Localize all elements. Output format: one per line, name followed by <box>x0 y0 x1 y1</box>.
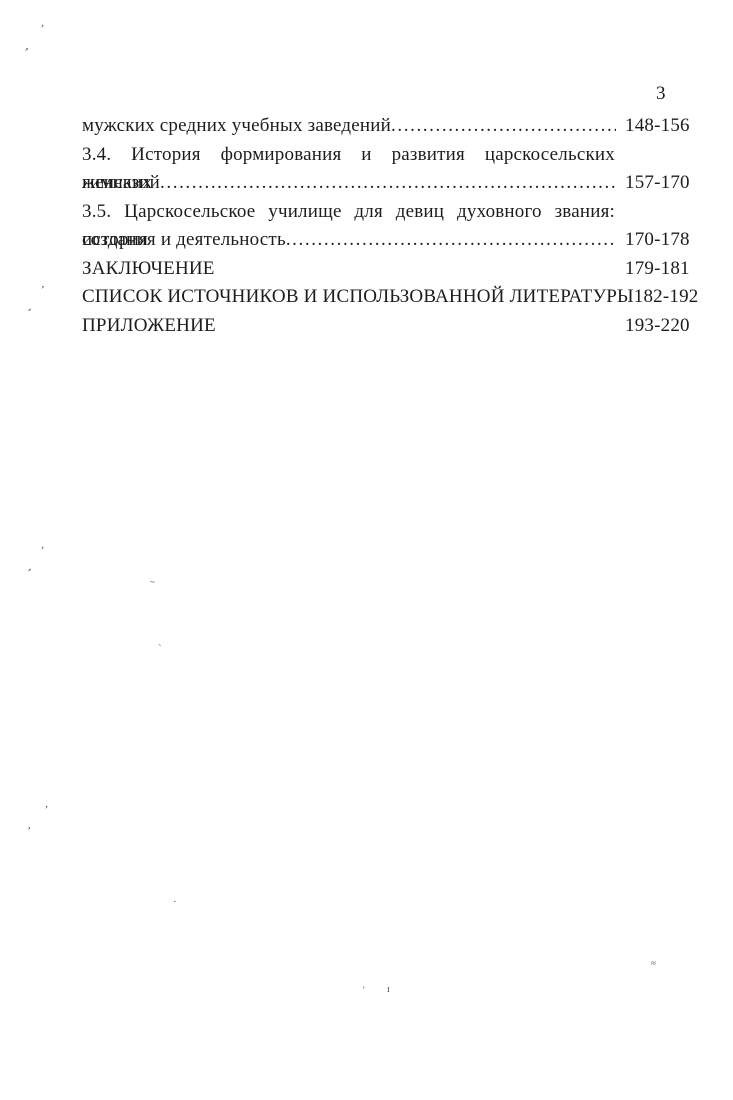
toc-row: 3.5. Царскосельское училище для девиц ду… <box>82 198 687 227</box>
toc-entry-pages: 157-170 <box>625 169 687 198</box>
toc-entry-text: гимназий <box>82 169 160 198</box>
dot-leader: ........................................… <box>286 226 616 255</box>
toc-row: 3.4. История формирования и развития цар… <box>82 141 687 170</box>
scan-speck: ’ <box>24 826 31 838</box>
toc-entry-text: мужских средних учебных заведений <box>82 112 391 141</box>
toc-entry-pages: 148-156 <box>625 112 687 141</box>
toc-entry-text: ПРИЛОЖЕНИЕ <box>82 312 216 341</box>
scan-speck: ≈ <box>651 959 656 968</box>
toc-entry-text: создания и деятельность <box>82 226 286 255</box>
toc-entry-text: ЗАКЛЮЧЕНИЕ <box>82 255 215 284</box>
dot-leader: ........................................… <box>391 112 616 141</box>
toc-row: ПРИЛОЖЕНИЕ 193-220 <box>82 312 687 341</box>
toc-row: ЗАКЛЮЧЕНИЕ 179-181 <box>82 255 687 284</box>
scan-speck: ’ <box>43 805 49 816</box>
table-of-contents: мужских средних учебных заведений ......… <box>82 112 687 340</box>
toc-entry-pages: 170-178 <box>625 226 687 255</box>
toc-entry-pages: 179-181 <box>625 255 687 284</box>
scan-speck: ’ <box>23 306 33 318</box>
scan-speck: ’ <box>23 566 33 578</box>
scan-speck: ’ <box>20 45 31 58</box>
toc-entry-text: СПИСОК ИСТОЧНИКОВ И ИСПОЛЬЗОВАННОЙ ЛИТЕР… <box>82 283 634 312</box>
scan-speck: ' <box>363 986 365 995</box>
dot-leader: ........................................… <box>160 169 616 198</box>
toc-entry-pages: 182-192 <box>634 283 696 312</box>
toc-row: СПИСОК ИСТОЧНИКОВ И ИСПОЛЬЗОВАННОЙ ЛИТЕР… <box>82 283 687 312</box>
document-page: 3 мужских средних учебных заведений ....… <box>0 0 733 1100</box>
scan-speck: ’ <box>39 546 45 557</box>
page-number: 3 <box>656 84 666 103</box>
toc-row: создания и деятельность ................… <box>82 226 687 255</box>
toc-row: гимназий ...............................… <box>82 169 687 198</box>
scan-speck: ’ <box>39 24 45 35</box>
scan-speck: ’ <box>39 285 45 297</box>
scan-speck: ~ <box>150 578 155 587</box>
toc-entry-pages: 193-220 <box>625 312 687 341</box>
toc-row: мужских средних учебных заведений ......… <box>82 112 687 141</box>
scan-speck: · <box>173 897 177 908</box>
scan-speck: ` <box>158 644 162 655</box>
scan-speck: ı <box>387 985 390 995</box>
